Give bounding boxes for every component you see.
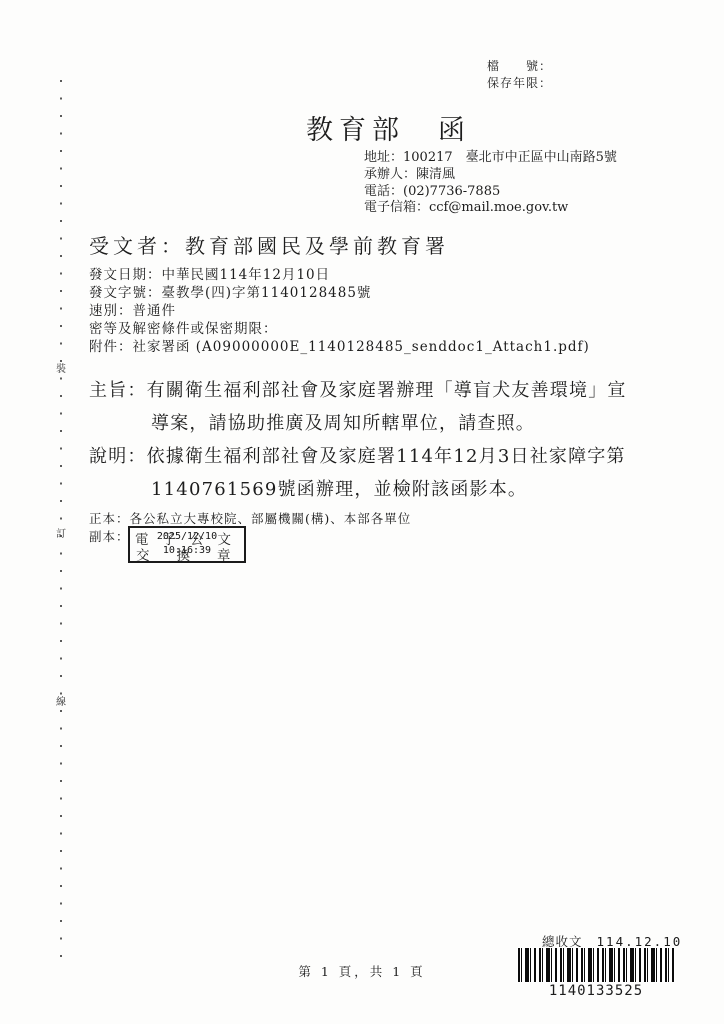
subject-line-2: 導案，請協助推廣及周知所轄單位，請查照。 <box>151 407 627 440</box>
barcode-number: 1140133525 <box>518 983 674 999</box>
document-title: 教育部 函 <box>306 108 471 147</box>
sender-contact-block: 地址：100217 臺北市中正區中山南路5號 承辦人：陳清風 電話：(02)77… <box>364 150 617 217</box>
binding-mark-ding: 訂 <box>54 525 68 540</box>
sender-contact-person: 承辦人：陳清風 <box>364 167 617 184</box>
received-date: 114.12.10 <box>597 934 683 949</box>
document-page: 裝 訂 線 檔 號： 保存年限： 教育部 函 地址：100217 臺北市中正區中… <box>0 0 724 1024</box>
subject-line-1: 主旨：有關衛生福利部社會及家庭署辦理「導盲犬友善環境」宣 <box>89 374 627 407</box>
received-stamp-label: 總收文 <box>542 934 583 949</box>
exchange-stamp: 電子公文 交換章 2025/12/10 10:16:39 <box>128 526 246 563</box>
reference-number-line: 發文字號：臺教學(四)字第1140128485號 <box>89 284 590 302</box>
sender-address: 地址：100217 臺北市中正區中山南路5號 <box>364 150 617 167</box>
description-line-1: 說明：依據衛生福利部社會及家庭署114年12月3日社家障字第 <box>89 440 626 473</box>
attachment-line: 附件：社家署函 (A09000000E_1140128485_senddoc1_… <box>89 338 590 356</box>
description-line-2: 1140761569號函辦理，並檢附該函影本。 <box>151 473 626 506</box>
meta-block: 發文日期：中華民國114年12月10日 發文字號：臺教學(四)字第1140128… <box>89 266 590 356</box>
file-number-label: 檔 號： <box>487 58 552 75</box>
sender-email: 電子信箱：ccf@mail.moe.gov.tw <box>364 200 617 217</box>
priority-line: 速別：普通件 <box>89 302 590 320</box>
description-block: 說明：依據衛生福利部社會及家庭署114年12月3日社家障字第 114076156… <box>89 440 626 506</box>
file-header-block: 檔 號： 保存年限： <box>487 58 552 92</box>
stamp-date: 2025/12/10 <box>130 531 244 542</box>
security-classification-line: 密等及解密條件或保密期限： <box>89 320 590 338</box>
subject-block: 主旨：有關衛生福利部社會及家庭署辦理「導盲犬友善環境」宣 導案，請協助推廣及周知… <box>89 374 627 440</box>
page-number-footer: 第 1 頁，共 1 頁 <box>0 962 724 980</box>
retention-period-label: 保存年限： <box>487 75 552 92</box>
sender-phone: 電話：(02)7736-7885 <box>364 184 617 201</box>
binding-dotted-line <box>60 80 62 966</box>
binding-mark-xian: 線 <box>54 693 68 708</box>
binding-mark-zhuang: 裝 <box>54 360 68 375</box>
issue-date-line: 發文日期：中華民國114年12月10日 <box>89 266 590 284</box>
original-copy-line: 正本：各公私立大專校院、部屬機關(構)、本部各單位 <box>89 510 411 528</box>
stamp-time: 10:16:39 <box>130 545 244 556</box>
recipient-line: 受文者：教育部國民及學前教育署 <box>89 230 449 259</box>
